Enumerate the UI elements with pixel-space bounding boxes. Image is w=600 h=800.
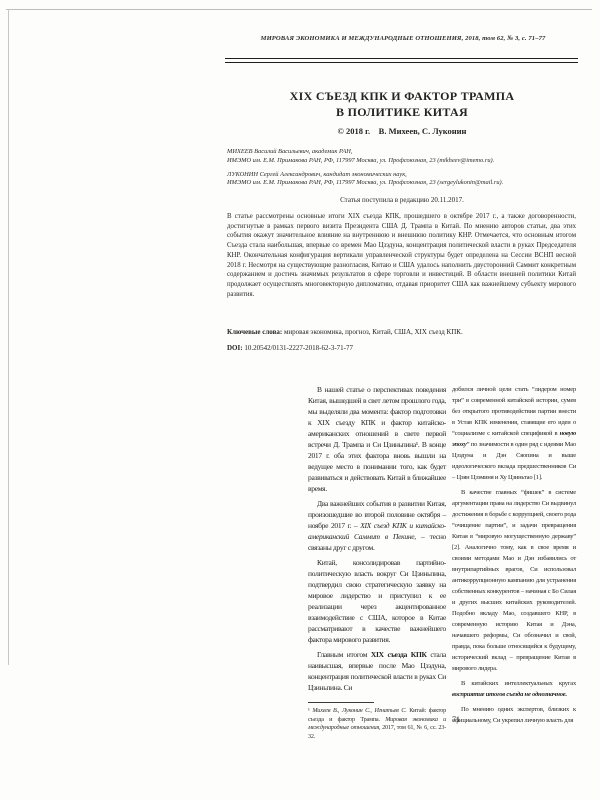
- footnote-text: ¹ Михеев В., Луконин С., Игнатьев С. Кит…: [308, 707, 446, 741]
- page-number: 71: [452, 715, 460, 724]
- header-double-rule: [225, 58, 578, 63]
- author-affiliation-line: ИМЭМО им. Е.М. Примакова РАН, РФ, 117997…: [227, 179, 579, 188]
- author-entry: ЛУКОНИН Сергей Александрович, кандидат э…: [227, 171, 579, 189]
- paragraph: По мнению одних экспертов, близких к офи…: [452, 704, 576, 726]
- received-note: Статья поступила в редакцию 20.11.2017.: [227, 196, 577, 204]
- article-title: XIX СЪЕЗД КПК И ФАКТОР ТРАМПА В ПОЛИТИКЕ…: [227, 88, 577, 120]
- doi-value: 10.20542/0131-2227-2018-62-3-71-77: [244, 344, 353, 352]
- scan-edge-left-line: [8, 9, 9, 665]
- authors-block: МИХЕЕВ Василий Васильевич, академик РАН,…: [227, 148, 579, 193]
- keywords-label: Ключевые слова:: [227, 328, 282, 336]
- author-name-line: ЛУКОНИН Сергей Александрович, кандидат э…: [227, 171, 579, 180]
- author-name-line: МИХЕЕВ Василий Васильевич, академик РАН,: [227, 148, 579, 157]
- keywords-text: мировая экономика, прогноз, Китай, США, …: [282, 328, 463, 336]
- paragraph: Главным итогом XIX съезда КПК стала наив…: [308, 649, 446, 693]
- body-columns: В нашей статье о перспективах поведения …: [308, 384, 576, 741]
- left-column: В нашей статье о перспективах поведения …: [308, 384, 446, 741]
- paragraph: Китай, консолидировав партийно-политичес…: [308, 557, 446, 645]
- article-title-line-2: В ПОЛИТИКЕ КИТАЯ: [227, 104, 577, 120]
- scan-edge-top-line: [6, 9, 592, 10]
- journal-running-header: МИРОВАЯ ЭКОНОМИКА И МЕЖДУНАРОДНЫЕ ОТНОШЕ…: [228, 35, 578, 42]
- paragraph: В качестве главных “фишек” в системе арг…: [452, 487, 576, 674]
- author-entry: МИХЕЕВ Василий Васильевич, академик РАН,…: [227, 148, 579, 166]
- doi-label: DOI:: [227, 344, 244, 352]
- doi-line: DOI: 10.20542/0131-2227-2018-62-3-71-77: [227, 344, 576, 352]
- keywords-line: Ключевые слова: мировая экономика, прогн…: [227, 328, 576, 336]
- paragraph: добился личной цели стать “лидером номер…: [452, 384, 576, 483]
- paragraph: В нашей статье о перспективах поведения …: [308, 384, 446, 494]
- abstract-text: В статье рассмотрены основные итоги XIX …: [227, 212, 576, 299]
- copyright-byline: © 2018 г. В. Михеев, С. Луконин: [227, 126, 577, 136]
- right-column: добился личной цели стать “лидером номер…: [452, 384, 576, 741]
- paragraph: В китайских интеллектуальных кругах восп…: [452, 678, 576, 700]
- paragraph: Два важнейших события в развитии Китая, …: [308, 498, 446, 553]
- author-affiliation-line: ИМЭМО им. Е.М. Примакова РАН, РФ, 117997…: [227, 157, 579, 166]
- article-title-line-1: XIX СЪЕЗД КПК И ФАКТОР ТРАМПА: [227, 88, 577, 104]
- footnote-rule: [308, 702, 374, 703]
